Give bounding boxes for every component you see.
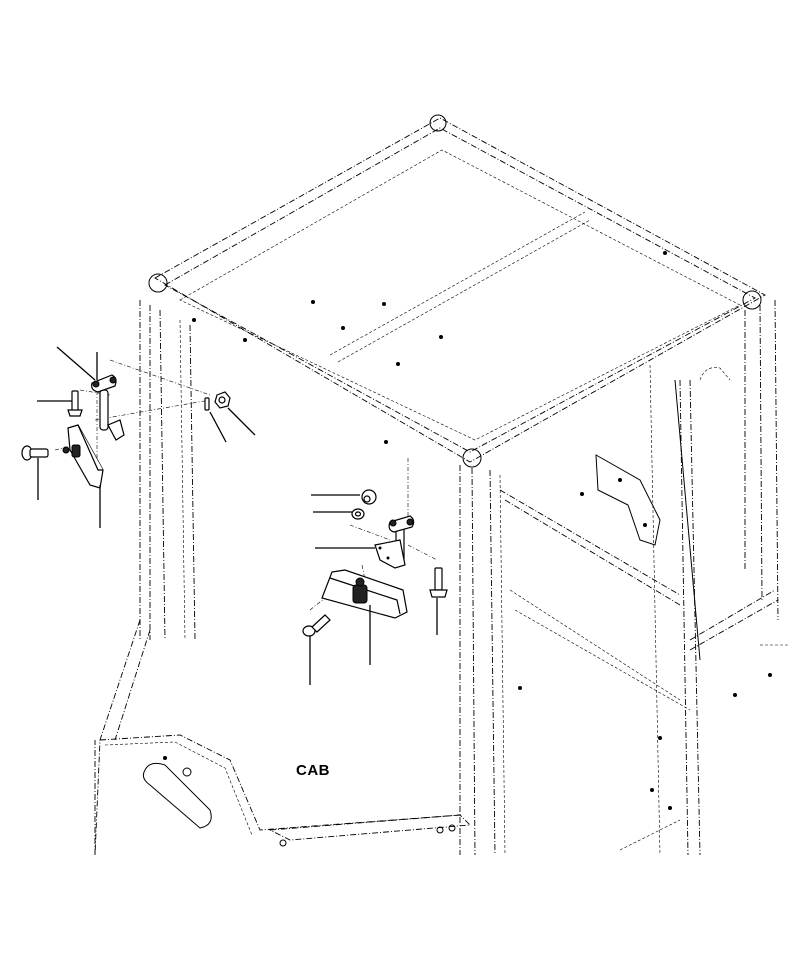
cab-parts-diagram — [0, 0, 792, 968]
washer-icon[interactable] — [352, 509, 364, 519]
exterior-mirror-assembly — [22, 355, 230, 488]
bolt-icon[interactable] — [430, 568, 447, 597]
cab-frame — [95, 115, 790, 855]
assembly-label: CAB — [296, 762, 330, 779]
bolt-icon[interactable] — [68, 391, 82, 416]
mirror-bracket-arm[interactable] — [92, 375, 124, 440]
nut-icon[interactable] — [362, 490, 376, 504]
nut-icon[interactable] — [215, 392, 230, 408]
interior-mirror-assembly — [303, 458, 447, 636]
screw-icon[interactable] — [303, 615, 330, 636]
screw-icon[interactable] — [22, 446, 48, 460]
mirror-bracket[interactable] — [375, 516, 414, 568]
interior-mirror[interactable] — [322, 570, 407, 618]
stud-icon[interactable] — [205, 398, 209, 410]
